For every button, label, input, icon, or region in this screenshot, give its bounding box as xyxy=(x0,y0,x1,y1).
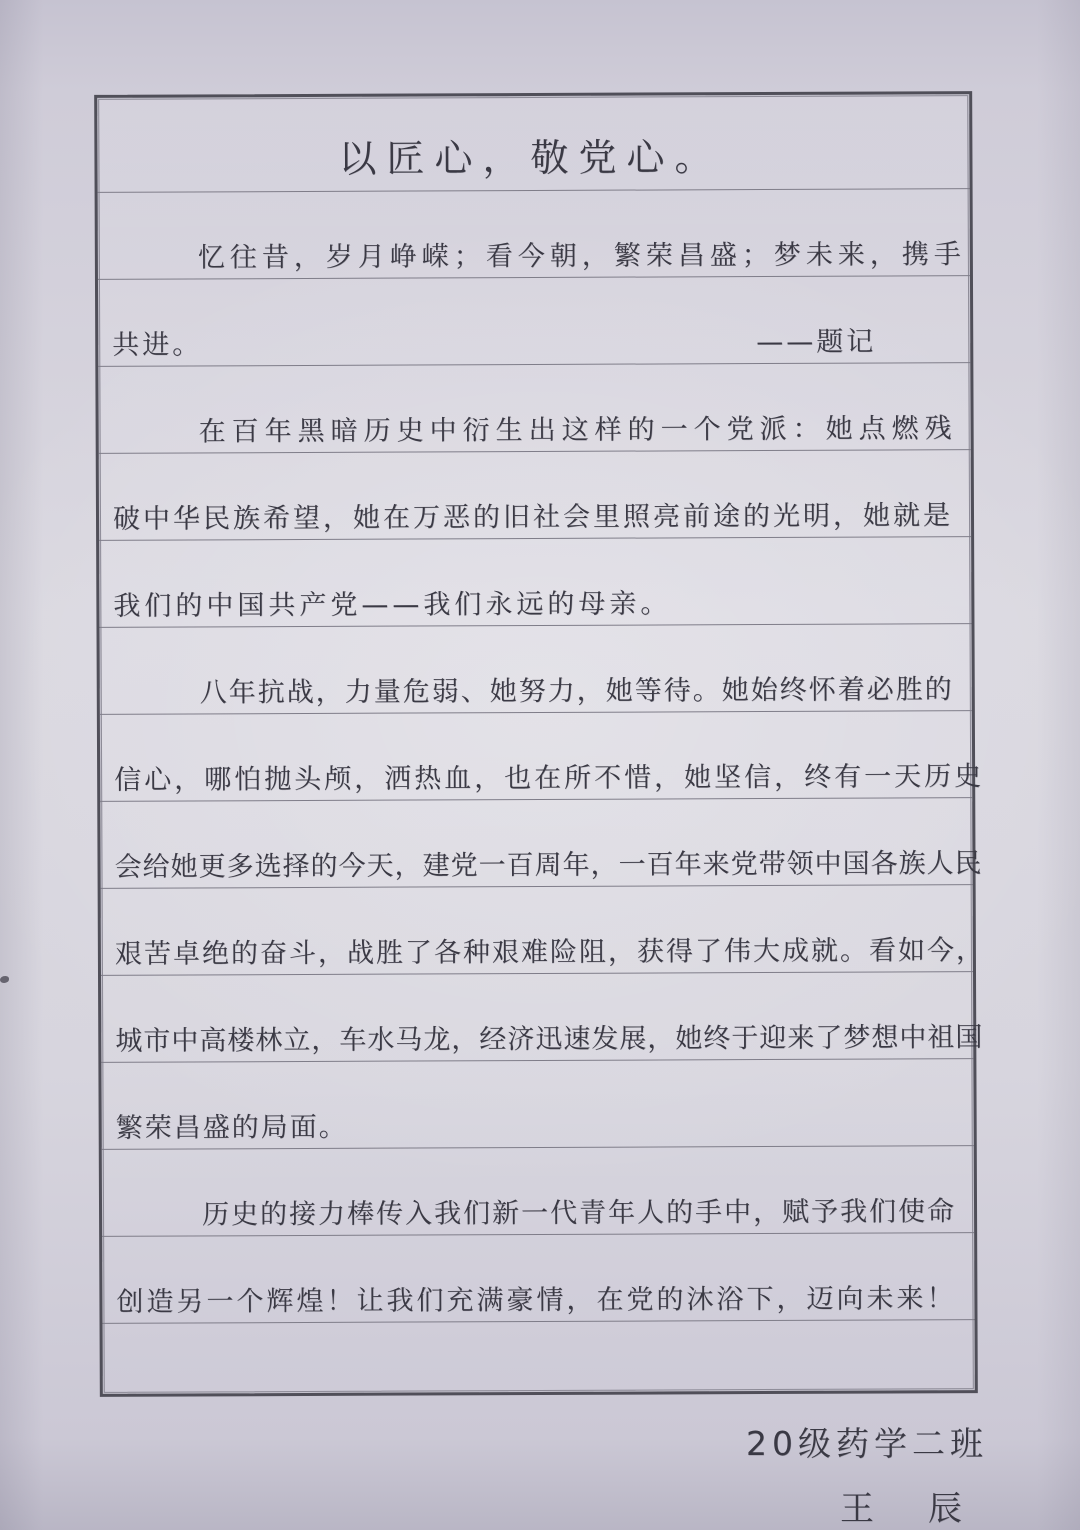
epigraph-attribution: ——题记 xyxy=(756,320,876,360)
paper-sheet: 以匠心，敬党心。 忆往昔，岁月峥嵘；看今朝，繁荣昌盛；梦未来，携手 共进。 ——… xyxy=(94,91,978,1397)
essay-line: 破中华民族希望，她在万恶的旧社会里照亮前途的光明，她就是 xyxy=(99,450,971,541)
essay-line: 历史的接力棒传入我们新一代青年人的手中，赋予我们使命 xyxy=(102,1146,974,1237)
ruled-area: 以匠心，敬党心。 忆往昔，岁月峥嵘；看今朝，繁荣昌盛；梦未来，携手 共进。 ——… xyxy=(97,94,974,1324)
epigraph-line: 共进。 ——题记 xyxy=(98,276,970,367)
essay-line: 八年抗战，力量危弱、她努力，她等待。她始终怀着必胜的 xyxy=(99,624,971,715)
signature-name: 王 辰 xyxy=(0,1481,972,1530)
essay-line: 城市中高楼林立，车水马龙，经济迅速发展，她终于迎来了梦想中祖国 xyxy=(101,972,973,1063)
essay-line: 艰苦卓绝的奋斗，战胜了各种艰难险阻，获得了伟大成就。看如今， xyxy=(101,885,973,976)
essay-line: 繁荣昌盛的局面。 xyxy=(101,1059,973,1150)
epigraph-line: 忆往昔，岁月峥嵘；看今朝，繁荣昌盛；梦未来，携手 xyxy=(98,189,970,280)
essay-line: 我们的中国共产党——我们永远的母亲。 xyxy=(99,537,971,628)
essay-line: 在百年黑暗历史中衍生出这样的一个党派：她点燃残 xyxy=(98,363,970,454)
epigraph-continuation: 共进。 xyxy=(112,322,202,361)
essay-line: 创造另一个辉煌！让我们充满豪情，在党的沐浴下，迈向未来！ xyxy=(102,1233,974,1324)
signature-class: 20级药学二班 xyxy=(0,1418,988,1465)
ink-speck xyxy=(0,976,9,983)
essay-line: 会给她更多选择的今天，建党一百周年，一百年来党带领中国各族人民 xyxy=(100,798,972,889)
essay-title: 以匠心，敬党心。 xyxy=(97,94,969,193)
signature-block: 20级药学二班 王 辰 xyxy=(0,1418,988,1530)
essay-line: 信心，哪怕抛头颅，洒热血，也在所不惜，她坚信，终有一天历史 xyxy=(100,711,972,802)
